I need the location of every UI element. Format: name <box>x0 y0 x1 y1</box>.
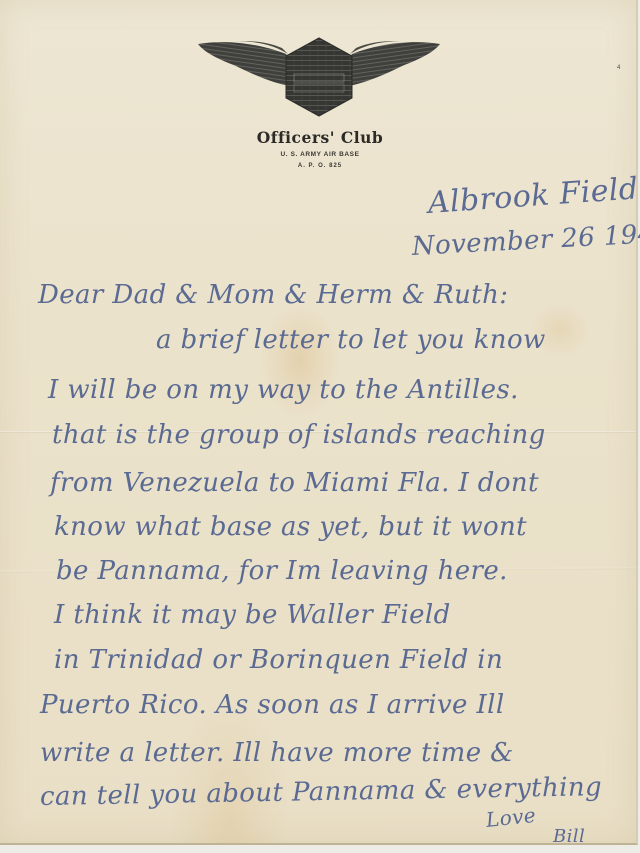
letter-page: Officers' Club U. S. ARMY AIR BASE A. P.… <box>0 0 638 845</box>
body-line: a brief letter to let you know <box>156 325 546 355</box>
salutation: Dear Dad & Mom & Herm & Ruth: <box>38 280 508 310</box>
body-line: be Pannama, for Im leaving here. <box>56 556 508 586</box>
body-line: that is the group of islands reaching <box>52 420 546 450</box>
base-name: U. S. ARMY AIR BASE <box>0 151 640 158</box>
body-line: from Venezuela to Miami Fla. I dont <box>50 468 539 498</box>
body-line: I think it may be Waller Field <box>54 600 451 630</box>
apo-number: A. P. O. 825 <box>0 163 640 169</box>
page-mark: 4 <box>617 65 620 71</box>
wings-emblem-icon <box>196 36 442 118</box>
letter-date: November 26 1947 <box>411 218 640 262</box>
body-line: I will be on my way to the Antilles. <box>48 375 519 405</box>
body-line: write a letter. Ill have more time & <box>40 738 514 768</box>
body-line: Puerto Rico. As soon as I arrive Ill <box>40 690 505 720</box>
closing: Love <box>485 803 537 832</box>
signature: Bill <box>553 826 585 847</box>
letter-place: Albrook Field <box>427 171 640 221</box>
body-line: know what base as yet, but it wont <box>54 512 527 542</box>
club-name: Officers' Club <box>0 128 640 147</box>
body-line: in Trinidad or Borinquen Field in <box>54 645 503 675</box>
